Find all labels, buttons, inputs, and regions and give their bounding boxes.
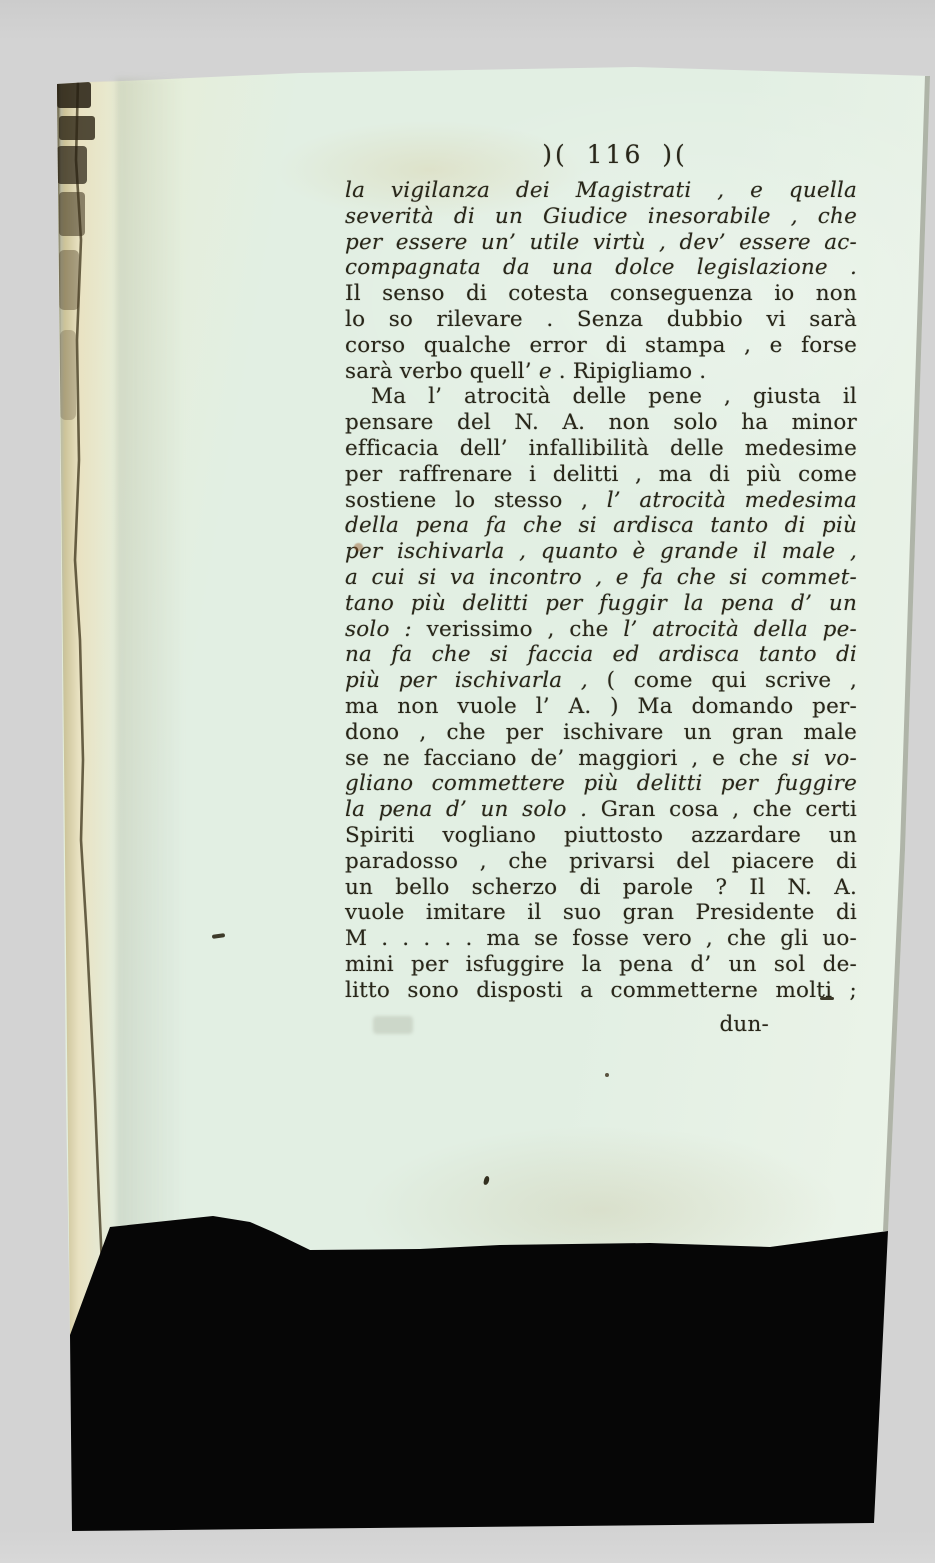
text-segment: litto sono disposti a commetterne molti … xyxy=(345,978,857,1003)
paper-stain xyxy=(354,543,363,551)
text-line: Ma l’ atrocità delle pene , giusta il xyxy=(345,384,857,410)
text-segment: ma non vuole l’ A. ) Ma domando per- xyxy=(345,694,857,719)
text-line: per raffrenare i delitti , ma di più com… xyxy=(345,462,857,488)
text-segment: verissimo , che xyxy=(427,617,624,642)
text-line: severità di un Giudice inesorabile , che xyxy=(345,204,857,230)
text-line: M . . . . . ma se fosse vero , che gli u… xyxy=(345,926,857,952)
text-lines: la vigilanza dei Magistrati , e quellase… xyxy=(345,178,857,1004)
italic-text-segment: gliano commettere più delitti per fuggir… xyxy=(345,771,857,796)
faint-offset-smudge xyxy=(373,1016,413,1034)
text-line: paradosso , che privarsi del piacere di xyxy=(345,849,857,875)
text-segment: dono , che per ischivare un gran male xyxy=(345,720,857,745)
italic-text-segment: più per ischivarla , xyxy=(345,668,607,693)
text-line: più per ischivarla , ( come qui scrive , xyxy=(345,668,857,694)
binding-stitch-marks xyxy=(57,80,121,1336)
text-segment: vuole imitare il suo gran Presidente di xyxy=(345,900,857,925)
text-line: corso qualche error di stampa , e forse xyxy=(345,333,857,359)
ink-speck xyxy=(605,1073,609,1077)
text-segment: Il senso di cotesta conseguenza io non xyxy=(345,281,857,306)
text-line: Il senso di cotesta conseguenza io non xyxy=(345,281,857,307)
italic-text-segment: la pena d’ un solo . xyxy=(345,797,587,822)
text-line: solo : verissimo , che l’ atrocità della… xyxy=(345,617,857,643)
italic-text-segment: per essere un’ utile virtù , dev’ essere… xyxy=(345,230,857,255)
text-line: per ischivarla , quanto è grande il male… xyxy=(345,539,857,565)
text-line: se ne facciano de’ maggiori , e che si v… xyxy=(345,746,857,772)
text-segment: . Ripigliamo . xyxy=(552,359,707,384)
text-line: gliano commettere più delitti per fuggir… xyxy=(345,771,857,797)
text-segment: corso qualche error di stampa , e forse xyxy=(345,333,857,358)
italic-text-segment: na fa che si faccia ed ardisca tanto di xyxy=(345,642,857,667)
text-line: a cui si va incontro , e fa che si comme… xyxy=(345,565,857,591)
italic-text-segment: della pena fa che si ardisca tanto di pi… xyxy=(345,513,857,538)
italic-text-segment: l’ atrocità medesima xyxy=(607,488,857,513)
text-segment: Spiriti vogliano piuttosto azzardare un xyxy=(345,823,857,848)
text-line: litto sono disposti a commetterne molti … xyxy=(345,978,857,1004)
text-segment: Gran cosa , che certi xyxy=(587,797,857,822)
text-segment: lo so rilevare . Senza dubbio vi sarà xyxy=(345,307,857,332)
italic-text-segment: a cui si va incontro , e fa che si comme… xyxy=(345,565,857,590)
text-line: Spiriti vogliano piuttosto azzardare un xyxy=(345,823,857,849)
text-line: lo so rilevare . Senza dubbio vi sarà xyxy=(345,307,857,333)
text-line: sostiene lo stesso , l’ atrocità medesim… xyxy=(345,488,857,514)
text-line: la pena d’ un solo . Gran cosa , che cer… xyxy=(345,797,857,823)
text-line: mini per isfuggire la pena d’ un sol de- xyxy=(345,952,857,978)
text-line: compagnata da una dolce legislazione . xyxy=(345,255,857,281)
text-line: tano più delitti per fuggir la pena d’ u… xyxy=(345,591,857,617)
page-number-header: )( 116 )( xyxy=(455,140,775,169)
text-line: pensare del N. A. non solo ha minor xyxy=(345,410,857,436)
italic-text-segment: tano più delitti per fuggir la pena d’ u… xyxy=(345,591,857,616)
binding-gutter xyxy=(57,80,121,1336)
text-line: la vigilanza dei Magistrati , e quella xyxy=(345,178,857,204)
italic-text-segment: si vo- xyxy=(792,746,857,771)
text-segment: Ma l’ atrocità delle pene , giusta il xyxy=(371,384,857,409)
text-segment: sarà verbo quell’ xyxy=(345,359,539,384)
text-segment: se ne facciano de’ maggiori , e che xyxy=(345,746,792,771)
italic-text-segment: e xyxy=(539,359,552,384)
text-block: la vigilanza dei Magistrati , e quellase… xyxy=(345,178,857,1037)
text-line: efficacia dell’ infallibilità delle mede… xyxy=(345,436,857,462)
text-segment: paradosso , che privarsi del piacere di xyxy=(345,849,857,874)
italic-text-segment: severità di un Giudice inesorabile , che xyxy=(345,204,857,229)
text-segment: per raffrenare i delitti , ma di più com… xyxy=(345,462,857,487)
text-segment: pensare del N. A. non solo ha minor xyxy=(345,410,857,435)
book-scan-photo: )( 116 )( la vigilanza dei Magistrati , … xyxy=(0,0,935,1563)
text-segment: un bello scherzo di parole ? Il N. A. xyxy=(345,875,857,900)
italic-text-segment: compagnata da una dolce legislazione . xyxy=(345,255,857,280)
text-segment: sostiene lo stesso , xyxy=(345,488,607,513)
italic-text-segment: solo : xyxy=(345,617,427,642)
text-line: sarà verbo quell’ e . Ripigliamo . xyxy=(345,359,857,385)
text-line: vuole imitare il suo gran Presidente di xyxy=(345,900,857,926)
catchword: dun- xyxy=(345,1012,857,1038)
text-line: na fa che si faccia ed ardisca tanto di xyxy=(345,642,857,668)
text-line: della pena fa che si ardisca tanto di pi… xyxy=(345,513,857,539)
text-segment: ( come qui scrive , xyxy=(607,668,857,693)
gutter-crease-shadow xyxy=(116,78,196,1238)
text-line: dono , che per ischivare un gran male xyxy=(345,720,857,746)
text-line: ma non vuole l’ A. ) Ma domando per- xyxy=(345,694,857,720)
italic-text-segment: per ischivarla , quanto è grande il male… xyxy=(345,539,857,564)
italic-text-segment: la vigilanza dei Magistrati , e quella xyxy=(345,178,857,203)
text-segment: mini per isfuggire la pena d’ un sol de- xyxy=(345,952,857,977)
text-segment: efficacia dell’ infallibilità delle mede… xyxy=(345,436,857,461)
italic-text-segment: l’ atrocità della pe- xyxy=(623,617,857,642)
text-line: un bello scherzo di parole ? Il N. A. xyxy=(345,875,857,901)
text-segment: M . . . . . ma se fosse vero , che gli u… xyxy=(345,926,857,951)
margin-dash-right xyxy=(820,997,834,1000)
text-line: per essere un’ utile virtù , dev’ essere… xyxy=(345,230,857,256)
